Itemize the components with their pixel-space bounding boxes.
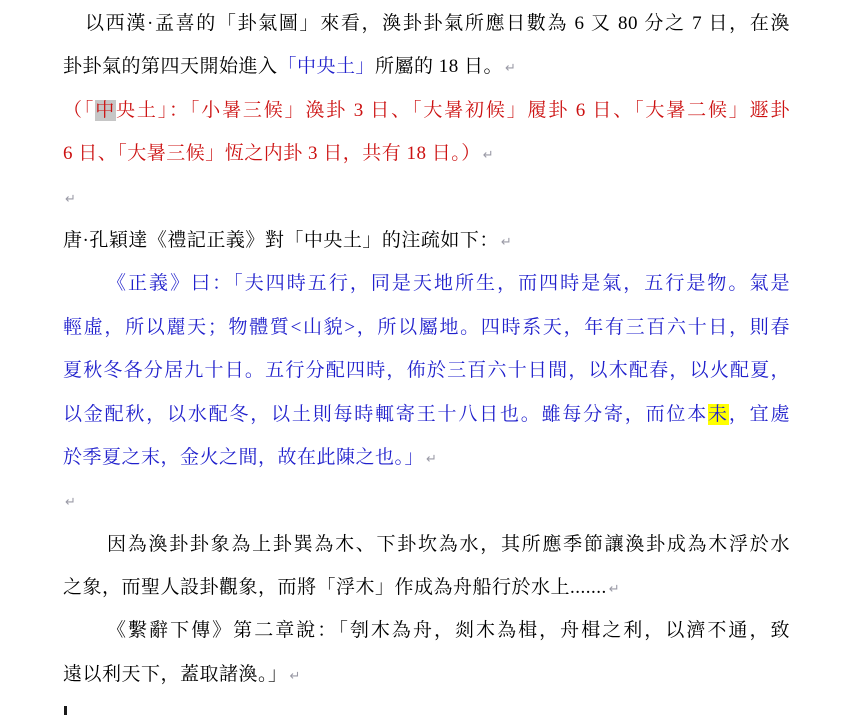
paragraph-mark-icon: ↵ <box>499 235 512 250</box>
text-caret <box>64 706 67 715</box>
text-line[interactable]: 《繫辭下傳》第二章說：「刳木為舟，剡木為楫，舟楫之利，以濟不通，致 <box>63 609 790 652</box>
text-run: 央土」：「小暑三候」渙卦 3 日、「大暑初候」履卦 6 日、「大暑二候」遯卦 <box>116 100 790 121</box>
paragraph-mark-icon: ↵ <box>481 148 494 163</box>
document-text-area[interactable]: 以西漢·孟喜的「卦氣圖」來看，渙卦卦氣所應日數為 6 又 80 分之 7 日，在… <box>63 2 790 696</box>
text-run: 以金配秋，以水配冬，以土則每時輒寄王十八日也。雖每分寄，而位本 <box>63 404 708 425</box>
paragraph-mark-icon: ↵ <box>607 582 620 597</box>
text-line[interactable]: 《正義》曰：「夫四時五行，同是天地所生，而四時是氣，五行是物。氣是 <box>63 262 790 305</box>
paragraph-mark-icon: ↵ <box>288 669 301 684</box>
text-line[interactable]: 6 日、「大暑三候」恆之内卦 3 日，共有 18 日。）↵ <box>63 132 790 175</box>
text-run: 《繫辭下傳》第二章說：「刳木為舟，剡木為楫，舟楫之利，以濟不通，致 <box>107 620 790 641</box>
text-line[interactable]: 以金配秋，以水配冬，以土則每時輒寄王十八日也。雖每分寄，而位本未，宜處 <box>63 393 790 436</box>
highlighted-text-run: 中 <box>95 100 116 121</box>
text-line[interactable]: 輕虛，所以麗天；物體質<山貌>，所以屬地。四時系天，年有三百六十日，則春 <box>63 306 790 349</box>
paragraph-mark-icon: ↵ <box>503 61 516 76</box>
highlighted-text-run: 未 <box>708 404 729 425</box>
text-line[interactable]: 因為渙卦卦象為上卦巽為木、下卦坎為水，其所應季節讓渙卦成為木浮於水 <box>63 523 790 566</box>
text-run: 唐·孔穎達《禮記正義》對「中央土」的注疏如下： <box>63 230 499 251</box>
text-line[interactable]: 於季夏之末，金火之間，故在此陳之也。」↵ <box>63 436 790 479</box>
text-run: 《正義》曰：「夫四時五行，同是天地所生，而四時是氣，五行是物。氣是 <box>107 273 790 294</box>
text-run: 所屬的 18 日。 <box>375 56 503 77</box>
text-line[interactable]: 遠以利天下，蓋取諸渙。」↵ <box>63 653 790 696</box>
text-run: 卦卦氣的第四天開始進入 <box>63 56 278 77</box>
paragraph-mark-icon: ↵ <box>63 495 76 510</box>
text-run: 輕虛，所以麗天；物體質<山貌>，所以屬地。四時系天，年有三百六十日，則春 <box>63 317 790 338</box>
text-run: 「中央土」 <box>278 56 376 77</box>
text-run: 以西漢·孟喜的「卦氣圖」來看，渙卦卦氣所應日數為 6 又 80 分之 7 日，在… <box>85 13 790 34</box>
empty-line[interactable]: ↵ <box>63 479 790 522</box>
document-page[interactable]: 以西漢·孟喜的「卦氣圖」來看，渙卦卦氣所應日數為 6 又 80 分之 7 日，在… <box>0 0 854 718</box>
text-line[interactable]: （「中央土」：「小暑三候」渙卦 3 日、「大暑初候」履卦 6 日、「大暑二候」遯… <box>63 89 790 132</box>
text-run: ，宜處 <box>729 404 790 425</box>
empty-line[interactable]: ↵ <box>63 176 790 219</box>
text-run: 因為渙卦卦象為上卦巽為木、下卦坎為水，其所應季節讓渙卦成為木浮於水 <box>107 534 790 555</box>
text-run: 6 日、「大暑三候」恆之内卦 3 日，共有 18 日。） <box>63 143 481 164</box>
text-run: （「 <box>63 100 95 121</box>
text-run: 遠以利天下，蓋取諸渙。」 <box>63 664 288 685</box>
text-line[interactable]: 夏秋冬各分居九十日。五行分配四時，佈於三百六十日間，以木配春，以火配夏， <box>63 349 790 392</box>
text-line[interactable]: 以西漢·孟喜的「卦氣圖」來看，渙卦卦氣所應日數為 6 又 80 分之 7 日，在… <box>63 2 790 45</box>
text-line[interactable]: 之象，而聖人設卦觀象，而將「浮木」作成為舟船行於水上.......↵ <box>63 566 790 609</box>
text-run: 之象，而聖人設卦觀象，而將「浮木」作成為舟船行於水上....... <box>63 577 607 598</box>
text-run: 夏秋冬各分居九十日。五行分配四時，佈於三百六十日間，以木配春，以火配夏， <box>63 360 790 381</box>
text-line[interactable]: 唐·孔穎達《禮記正義》對「中央土」的注疏如下：↵ <box>63 219 790 262</box>
paragraph-mark-icon: ↵ <box>424 452 437 467</box>
text-line[interactable]: 卦卦氣的第四天開始進入「中央土」所屬的 18 日。↵ <box>63 45 790 88</box>
text-run: 於季夏之末，金火之間，故在此陳之也。」 <box>63 447 424 468</box>
paragraph-mark-icon: ↵ <box>63 192 76 207</box>
